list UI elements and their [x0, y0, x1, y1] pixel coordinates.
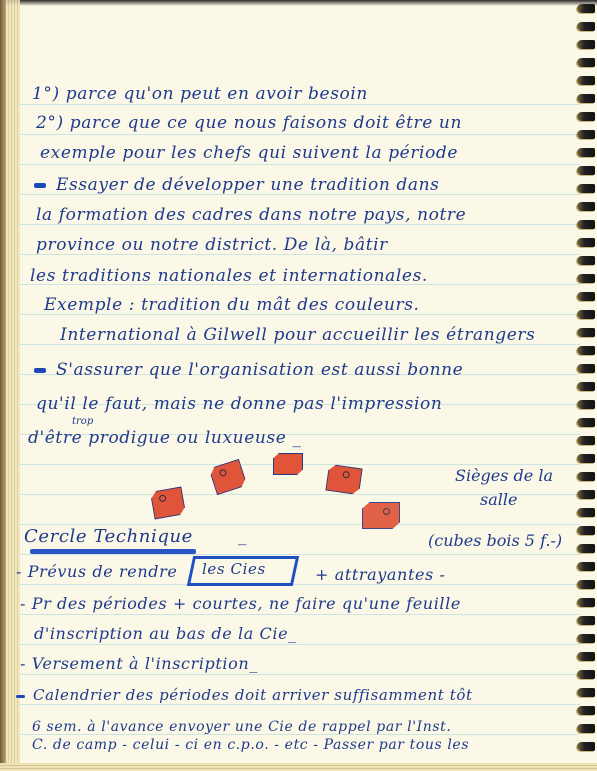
text-line-6: province ou notre district. De là, bâtir [36, 235, 388, 255]
insertion-word: trop [72, 416, 93, 427]
page-stack-layers [6, 0, 20, 771]
text-line-7: les traditions nationales et internation… [30, 266, 428, 286]
bullet-dash-icon [34, 368, 46, 373]
section-item-5: Calendrier des périodes doit arriver suf… [16, 686, 473, 704]
text-line-2: 2°) parce que ce que nous faisons doit ê… [36, 113, 462, 133]
heading-underline [30, 549, 196, 554]
bullet-dash-icon [34, 183, 46, 188]
section-item-7: C. de camp - celui - ci en c.p.o. - etc … [32, 737, 469, 753]
section-item-1: - Prévus de rendre [16, 562, 177, 581]
section-item-3: d'inscription au bas de la Cie_ [34, 624, 297, 643]
section-item-6: 6 sem. à l'avance envoyer une Cie de rap… [32, 719, 451, 735]
seat-cube-icon [325, 464, 362, 495]
seat-cube-icon [273, 453, 303, 475]
text-line-4: Essayer de développer une tradition dans [34, 175, 440, 195]
section-heading-dash: _ [238, 526, 247, 546]
section-item-2: - Pr des périodes + courtes, ne faire qu… [20, 594, 461, 613]
text-line-1: 1°) parce qu'on peut en avoir besoin [32, 84, 368, 104]
text-line-8: Exemple : tradition du mât des couleurs. [44, 295, 420, 315]
top-shadow [0, 0, 597, 6]
item-1-suffix: + attrayantes - [315, 565, 446, 584]
text-line-9: International à Gilwell pour accueillir … [60, 325, 535, 345]
spiral-binding [575, 0, 597, 771]
text-line-12: d'être prodigue ou luxueuse _ [28, 428, 302, 448]
text-line-5: la formation des cadres dans notre pays,… [36, 205, 466, 225]
bullet-dash-icon [16, 695, 25, 698]
section-item-4: - Versement à l'inscription_ [20, 654, 258, 673]
text-line-3: exemple pour les chefs qui suivent la pé… [40, 143, 458, 163]
section-heading: Cercle Technique [24, 526, 193, 547]
text-line-11: qu'il le faut, mais ne donne pas l'impre… [36, 394, 442, 414]
sketch-label-line2: salle [480, 490, 517, 509]
text-line-10: S'assurer que l'organisation est aussi b… [34, 360, 463, 380]
sketch-note: (cubes bois 5 f.-) [428, 531, 562, 550]
sketch-label-line1: Sièges de la [455, 466, 553, 485]
item-1-text: Prévus de rendre [28, 562, 178, 581]
notebook-page: 1°) parce qu'on peut en avoir besoin 2°)… [0, 0, 597, 771]
seat-cube-icon [362, 502, 400, 529]
text-line-10-content: S'assurer que l'organisation est aussi b… [56, 360, 463, 380]
text-line-4-content: Essayer de développer une tradition dans [56, 175, 440, 195]
boxed-word: les Cies [202, 560, 266, 578]
seat-cube-icon [150, 486, 186, 519]
page-bottom-edge [0, 763, 597, 771]
